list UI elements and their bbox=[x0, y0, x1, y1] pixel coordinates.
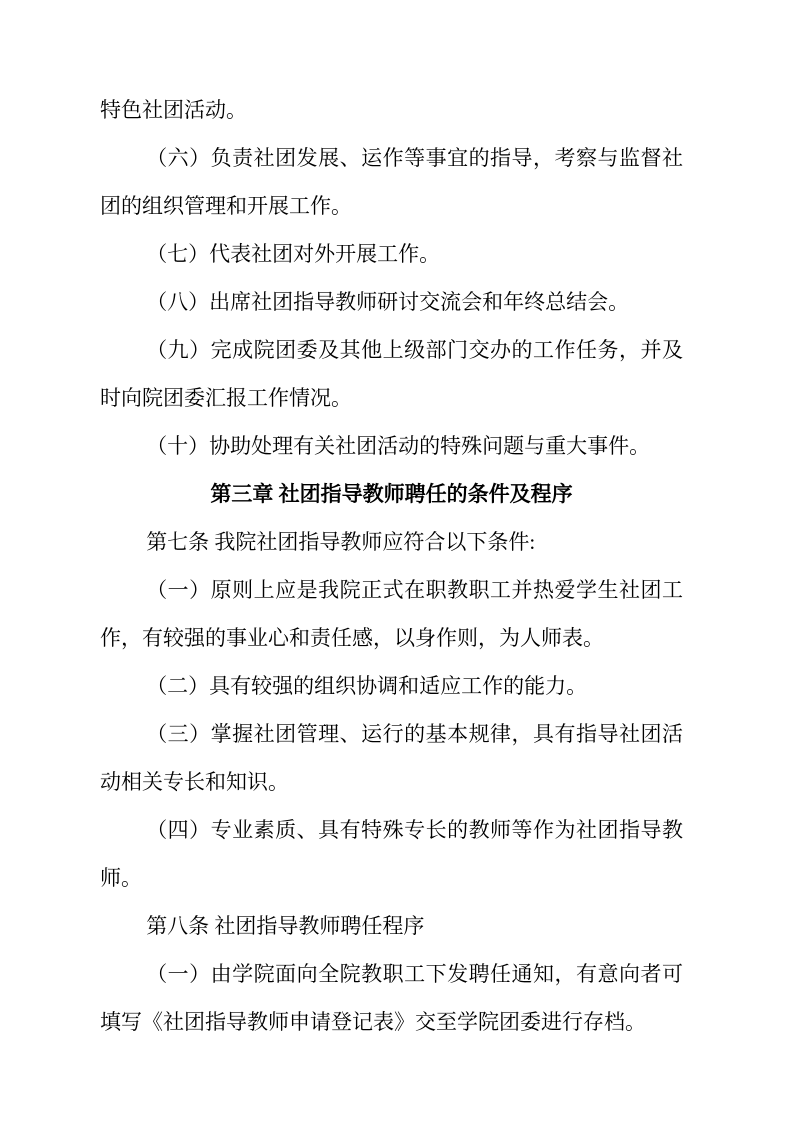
body-paragraph: （七）代表社团对外开展工作。 bbox=[100, 230, 683, 278]
document-content: 特色社团活动。（六）负责社团发展、运作等事宜的指导，考察与监督社团的组织管理和开… bbox=[100, 86, 683, 1046]
document-page: 特色社团活动。（六）负责社团发展、运作等事宜的指导，考察与监督社团的组织管理和开… bbox=[0, 0, 793, 1122]
body-paragraph: （九）完成院团委及其他上级部门交办的工作任务，并及时向院团委汇报工作情况。 bbox=[100, 326, 683, 422]
body-paragraph: （六）负责社团发展、运作等事宜的指导，考察与监督社团的组织管理和开展工作。 bbox=[100, 134, 683, 230]
body-paragraph: （三）掌握社团管理、运行的基本规律，具有指导社团活动相关专长和知识。 bbox=[100, 710, 683, 806]
body-paragraph: 特色社团活动。 bbox=[100, 86, 683, 134]
body-paragraph: （八）出席社团指导教师研讨交流会和年终总结会。 bbox=[100, 278, 683, 326]
body-paragraph: （一）原则上应是我院正式在职教职工并热爱学生社团工作，有较强的事业心和责任感，以… bbox=[100, 566, 683, 662]
body-paragraph: （一）由学院面向全院教职工下发聘任通知，有意向者可填写《社团指导教师申请登记表》… bbox=[100, 950, 683, 1046]
body-paragraph: 第七条 我院社团指导教师应符合以下条件: bbox=[100, 518, 683, 566]
body-paragraph: （十）协助处理有关社团活动的特殊问题与重大事件。 bbox=[100, 422, 683, 470]
body-paragraph: （四）专业素质、具有特殊专长的教师等作为社团指导教师。 bbox=[100, 806, 683, 902]
body-paragraph: 第八条 社团指导教师聘任程序 bbox=[100, 902, 683, 950]
chapter-heading: 第三章 社团指导教师聘任的条件及程序 bbox=[100, 470, 683, 518]
body-paragraph: （二）具有较强的组织协调和适应工作的能力。 bbox=[100, 662, 683, 710]
